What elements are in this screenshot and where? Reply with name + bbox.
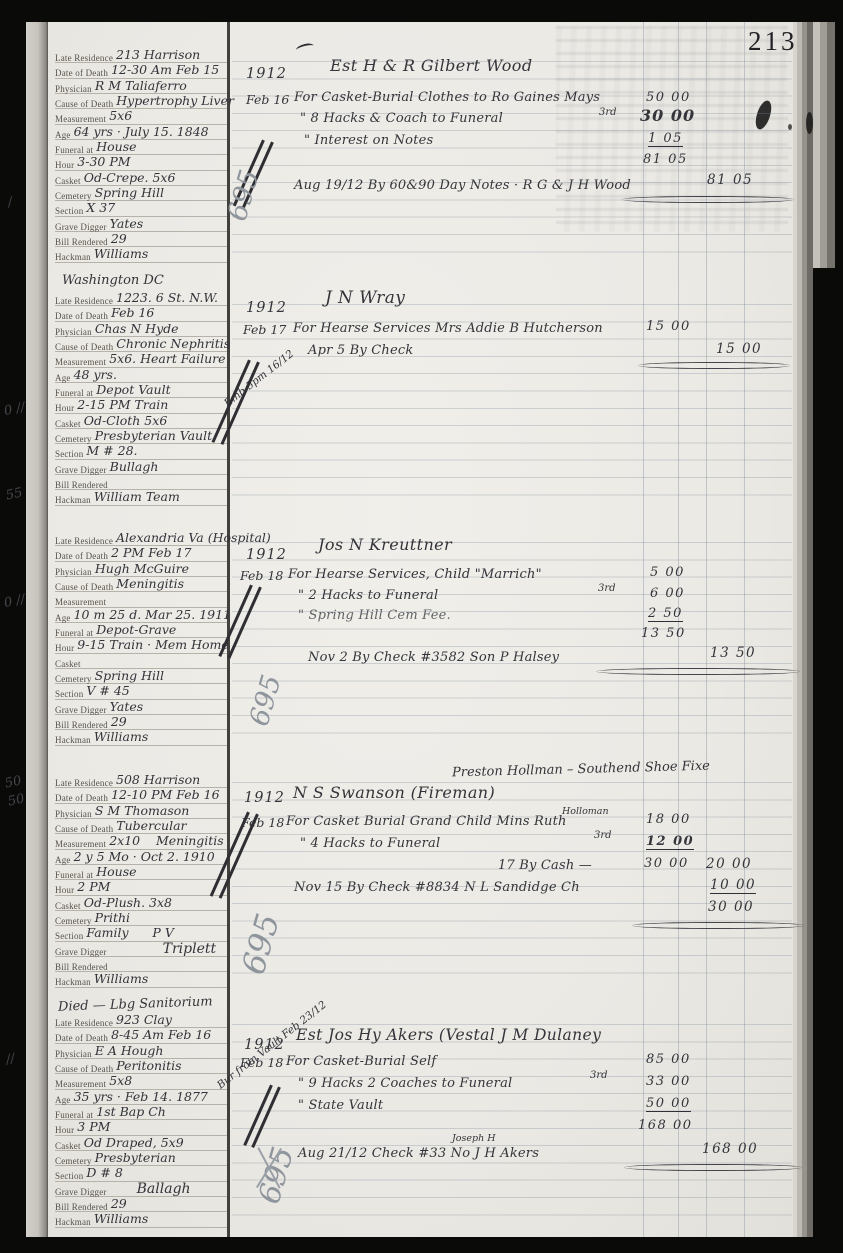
field-row: PhysicianChas N Hyde [55, 322, 227, 337]
entry-desc: For Hearse Services Mrs Addie B Hutchers… [293, 321, 603, 336]
payment-note: Joseph H [452, 1133, 496, 1144]
field-value: 10 m 25 d. Mar 25. 1911 [74, 607, 231, 622]
field-value: R M Taliaferro [95, 78, 187, 93]
field-row: Measurement5x6. Heart Failure [55, 352, 227, 367]
ink-blot [806, 112, 813, 134]
field-label: Measurement [55, 839, 106, 849]
entry-desc: " 2 Hacks to Funeral [298, 588, 438, 603]
entry-amount: 15 00 [646, 319, 691, 334]
page-edge-fragment: 50 [4, 773, 23, 791]
field-label: Measurement [55, 114, 106, 124]
entry-amount: 30 00 [644, 856, 689, 871]
field-value: 2 y 5 Mo · Oct 2. 1910 [74, 849, 215, 864]
entry-desc: " 8 Hacks & Coach to Funeral [300, 111, 503, 126]
field-row: Age64 yrs · July 15. 1848 [55, 125, 227, 140]
field-value: 5x8 [109, 1073, 132, 1088]
field-value: 12-30 Am Feb 15 [111, 62, 219, 77]
field-value: Williams [94, 246, 148, 261]
field-label: Section [55, 1171, 83, 1181]
field-row: Date of Death12-30 Am Feb 15 [55, 63, 227, 78]
page-edge-fragment: 50 [7, 791, 26, 809]
field-row: SectionM # 28. [55, 444, 227, 459]
field-row: Date of DeathFeb 16 [55, 306, 227, 321]
entry-date: Feb 18 [240, 568, 283, 583]
field-value: Bullagh [110, 459, 159, 474]
entry-date: Feb 18 [241, 815, 284, 830]
payment-line: Nov 2 By Check #3582 Son P Halsey [308, 650, 559, 665]
field-value: 508 Harrison [116, 772, 200, 787]
field-value: 1223. 6 St. N.W. [116, 290, 218, 305]
field-value: 29 [111, 231, 127, 246]
field-row: HackmanWilliams [55, 730, 227, 745]
field-label: Age [55, 855, 71, 865]
ledger-year: 1912 [244, 790, 285, 806]
field-row: Cause of DeathPeritonitis [55, 1059, 227, 1074]
field-value: D # 8 [86, 1165, 122, 1180]
field-label: Date of Death [55, 68, 108, 78]
field-label: Date of Death [55, 793, 108, 803]
field-row: Hour2-15 PM Train [55, 398, 227, 413]
payment-line: Apr 5 By Check [308, 343, 413, 358]
entry-amount: 50 00 [646, 1096, 691, 1112]
entry-amount: 2 50 [648, 606, 683, 622]
field-label: Late Residence [55, 778, 113, 788]
field-label: Date of Death [55, 551, 108, 561]
field-value: Peritonitis [116, 1058, 181, 1073]
field-row: CemeteryPresbyterian [55, 1151, 227, 1166]
field-row: PhysicianS M Thomason [55, 804, 227, 819]
field-value: Tubercular [116, 818, 186, 833]
pen-underline [622, 196, 794, 203]
field-label: Cause of Death [55, 342, 113, 352]
page-edge-fragment: 0 ∕∕ [3, 400, 27, 419]
page-edge-fragment: 0 ∕∕ [3, 592, 27, 611]
payment-line: Aug 21/12 Check #33 No J H Akers [298, 1146, 539, 1161]
field-label: Hour [55, 403, 74, 413]
field-value: X 37 [86, 200, 115, 215]
payment-line: Nov 15 By Check #8834 N L Sandidge Ch [294, 880, 580, 895]
field-row: CasketOd-Cloth 5x6 [55, 414, 227, 429]
entry-desc: " State Vault [298, 1098, 383, 1113]
field-label: Section [55, 449, 83, 459]
field-label: Age [55, 613, 71, 623]
entry-rate: 3rd [599, 107, 617, 118]
field-row: HackmanWilliams [55, 972, 227, 987]
field-value: Ballagh [137, 1181, 191, 1197]
entry-desc: For Casket-Burial Clothes to Ro Gaines M… [294, 90, 600, 105]
field-row: Grave DiggerYates [55, 700, 227, 715]
field-row: CemeterySpring Hill [55, 669, 227, 684]
field-value: Depot-Grave [96, 622, 176, 637]
field-label: Casket [55, 901, 81, 911]
field-value: Williams [94, 971, 148, 986]
field-value: 12-10 PM Feb 16 [111, 787, 219, 802]
field-value: 1st Bap Ch [96, 1104, 166, 1119]
field-value: 2-15 PM Train [77, 397, 168, 412]
paid-amount: 20 00 [706, 856, 752, 872]
page-edge-fragment: ∕ [6, 195, 13, 211]
field-row: PhysicianHugh McGuire [55, 562, 227, 577]
field-row: Age48 yrs. [55, 368, 227, 383]
field-row: Age10 m 25 d. Mar 25. 1911 [55, 608, 227, 623]
entry-amount: 50 00 [646, 90, 691, 105]
paid-amount: 81 05 [707, 172, 753, 188]
field-label: Grave Digger [55, 1187, 107, 1197]
field-row: Grave DiggerYates [55, 217, 227, 232]
field-label: Hackman [55, 495, 91, 505]
paid-amount: 10 00 [710, 877, 756, 894]
account-name: N S Swanson (Fireman) [293, 783, 495, 802]
page-edge-stack [820, 22, 827, 268]
field-value: Hugh McGuire [95, 561, 189, 576]
field-label: Hackman [55, 1217, 91, 1227]
field-value: S M Thomason [95, 803, 190, 818]
field-label: Cause of Death [55, 582, 113, 592]
account-name: Jos N Kreuttner [318, 535, 452, 554]
total-amount: 81 05 [643, 152, 688, 167]
field-label: Age [55, 1095, 71, 1105]
field-value: 48 yrs. [74, 367, 117, 382]
field-row: Measurement [55, 592, 227, 607]
entry-amount: 6 00 [650, 586, 685, 601]
field-value: M # 28. [86, 443, 137, 458]
field-value: V # 45 [86, 683, 129, 698]
page-edge-stack [827, 22, 835, 268]
field-value: Depot Vault [96, 382, 170, 397]
field-row: CemeteryPresbyterian Vault [55, 429, 227, 444]
field-value: Yates [110, 216, 144, 231]
entry-desc: For Casket-Burial Self [286, 1054, 436, 1069]
field-value: Hypertrophy Liver [116, 93, 234, 108]
field-label: Hour [55, 885, 74, 895]
account-name: Est H & R Gilbert Wood [330, 56, 532, 75]
record-fields: Late Residence508 Harrison Date of Death… [55, 773, 227, 988]
field-value: E A Hough [95, 1043, 164, 1058]
page-edge-stack [813, 22, 820, 268]
field-value: House [96, 864, 136, 879]
field-row: Hour2 PM [55, 880, 227, 895]
field-row: Hour9-15 Train · Mem Home [55, 638, 227, 653]
field-value: 2 PM Feb 17 [111, 545, 191, 560]
field-label: Physician [55, 327, 92, 337]
field-value: Presbyterian [95, 1150, 176, 1165]
entry-amount: 85 00 [646, 1052, 691, 1067]
field-value: Prithi [95, 910, 130, 925]
entry-desc: " 9 Hacks 2 Coaches to Funeral [298, 1076, 512, 1091]
field-row: Measurement2x10 Meningitis [55, 834, 227, 849]
field-row: Grave DiggerBullagh [55, 460, 227, 475]
field-value: 3 PM [77, 1119, 110, 1134]
field-row: Cause of DeathHypertrophy Liver [55, 94, 227, 109]
entry-amount: 1 05 [648, 131, 683, 147]
field-row: Casket [55, 654, 227, 669]
field-label: Section [55, 206, 83, 216]
field-value: Od-Crepe. 5x6 [84, 170, 176, 185]
field-value: Od-Plush. 3x8 [84, 895, 172, 910]
field-label: Section [55, 689, 83, 699]
entry-amount: 18 00 [646, 812, 691, 827]
field-value: Yates [110, 699, 144, 714]
field-label: Section [55, 931, 83, 941]
field-row: Grave DiggerTriplett [55, 942, 227, 957]
field-label: Measurement [55, 1079, 106, 1089]
entry-desc: 17 By Cash — [498, 858, 592, 873]
field-label: Late Residence [55, 1018, 113, 1028]
field-row: PhysicianR M Taliaferro [55, 79, 227, 94]
field-label: Age [55, 130, 71, 140]
field-label: Date of Death [55, 1033, 108, 1043]
field-row: Hour3 PM [55, 1120, 227, 1135]
payment-line: Aug 19/12 By 60&90 Day Notes · R G & J H… [294, 178, 631, 193]
field-label: Hour [55, 643, 74, 653]
entry-amount: 5 00 [650, 565, 685, 580]
page-edge-fragment: 55 [5, 485, 24, 503]
field-row: SectionX 37 [55, 201, 227, 216]
field-label: Hackman [55, 252, 91, 262]
record-fields: Late ResidenceAlexandria Va (Hospital) D… [55, 531, 227, 746]
account-name: Est Jos Hy Akers (Vestal J M Dulaney [296, 1026, 601, 1044]
field-row: Date of Death12-10 PM Feb 16 [55, 788, 227, 803]
entry-rate: 3rd [594, 830, 612, 841]
entry-superscript: Holloman [562, 806, 609, 817]
field-label: Casket [55, 1141, 81, 1151]
field-value: Spring Hill [95, 185, 164, 200]
field-value: Meningitis [116, 576, 184, 591]
field-label: Date of Death [55, 311, 108, 321]
field-value: 213 Harrison [116, 47, 200, 62]
total-amount: 30 00 [708, 899, 754, 915]
field-row: CemeterySpring Hill [55, 186, 227, 201]
field-value: 64 yrs · July 15. 1848 [74, 124, 209, 139]
field-row: Grave DiggerBallagh [55, 1182, 227, 1197]
pen-underline [638, 362, 790, 369]
entry-rate: 3rd [590, 1070, 608, 1081]
field-label: Grave Digger [55, 222, 107, 232]
entry-desc: " Interest on Notes [304, 133, 433, 148]
paid-amount: 13 50 [710, 645, 756, 661]
record-fields: Late Residence923 Clay Date of Death8-45… [55, 1013, 227, 1228]
entry-desc: " Spring Hill Cem Fee. [298, 608, 451, 623]
field-row: Age35 yrs · Feb 14. 1877 [55, 1090, 227, 1105]
field-value: Spring Hill [95, 668, 164, 683]
entry-date: Feb 17 [243, 322, 286, 337]
field-row: Measurement5x6 [55, 109, 227, 124]
field-value: 5x6. Heart Failure [109, 351, 225, 366]
field-row: Hour3-30 PM [55, 155, 227, 170]
field-row: Cause of DeathMeningitis [55, 577, 227, 592]
pen-underline [632, 922, 804, 929]
field-value: Williams [94, 729, 148, 744]
field-row: HackmanWilliams [55, 1212, 227, 1227]
page-edge-fragment: ∕∕ [5, 1051, 17, 1067]
field-label: Physician [55, 84, 92, 94]
field-label: Hackman [55, 977, 91, 987]
field-label: Physician [55, 809, 92, 819]
entry-amount: 33 00 [646, 1074, 691, 1089]
total-amount: 13 50 [641, 626, 686, 641]
field-row: Date of Death8-45 Am Feb 16 [55, 1028, 227, 1043]
field-label: Late Residence [55, 296, 113, 306]
field-value: 2 PM [77, 879, 110, 894]
page-number: 213 [748, 26, 798, 57]
field-value: 5x6 [109, 108, 132, 123]
paid-amount: 168 00 [702, 1141, 758, 1157]
record-fields: Late Residence1223. 6 St. N.W. Date of D… [55, 291, 227, 506]
entry-desc: " 4 Hacks to Funeral [300, 836, 440, 851]
field-label: Hour [55, 160, 74, 170]
field-label: Grave Digger [55, 465, 107, 475]
field-value: Williams [94, 1211, 148, 1226]
entry-rate: 3rd [598, 583, 616, 594]
field-row: PhysicianE A Hough [55, 1044, 227, 1059]
field-row: SectionD # 8 [55, 1166, 227, 1181]
field-value: 35 yrs · Feb 14. 1877 [74, 1089, 208, 1104]
field-row: CasketOd Draped, 5x9 [55, 1136, 227, 1151]
field-label: Cause of Death [55, 1064, 113, 1074]
field-value: Family P V [86, 925, 173, 940]
field-value: Triplett [163, 941, 216, 957]
entry-date: Feb 16 [246, 92, 289, 107]
pen-underline [624, 1164, 802, 1171]
ledger-year: 1912 [246, 547, 287, 563]
field-label: Hackman [55, 735, 91, 745]
field-row: Date of Death2 PM Feb 17 [55, 546, 227, 561]
field-row: HackmanWilliam Team [55, 490, 227, 505]
field-label: Physician [55, 1049, 92, 1059]
ledger-year: 1912 [246, 66, 287, 82]
field-label: Cause of Death [55, 824, 113, 834]
field-value: 29 [111, 1196, 127, 1211]
entry-amount: 12 00 [646, 834, 694, 850]
field-row: SectionV # 45 [55, 684, 227, 699]
field-label: Cause of Death [55, 99, 113, 109]
top-note: Washington DC [62, 273, 164, 288]
field-label: Casket [55, 419, 81, 429]
field-label: Physician [55, 567, 92, 577]
left-page-edge [26, 22, 48, 1237]
field-value: House [96, 139, 136, 154]
field-value: William Team [94, 489, 180, 504]
field-label: Hour [55, 1125, 74, 1135]
field-value: Presbyterian Vault [95, 428, 213, 443]
field-value: 9-15 Train · Mem Home [77, 637, 229, 652]
field-label: Grave Digger [55, 705, 107, 715]
field-value: Chronic Nephritis [116, 336, 230, 351]
field-value: 2x10 Meningitis [109, 833, 224, 848]
field-value: 29 [111, 714, 127, 729]
field-label: Casket [55, 176, 81, 186]
field-value: 3-30 PM [77, 154, 130, 169]
field-value: Chas N Hyde [95, 321, 179, 336]
field-value: Od-Cloth 5x6 [84, 413, 168, 428]
field-label: Grave Digger [55, 947, 107, 957]
field-label: Casket [55, 659, 81, 669]
field-value: Alexandria Va (Hospital) [116, 530, 271, 545]
entry-desc: For Casket Burial Grand Child Mins Ruth [286, 814, 567, 829]
field-label: Measurement [55, 357, 106, 367]
field-label: Late Residence [55, 536, 113, 546]
field-row: CasketOd-Crepe. 5x6 [55, 171, 227, 186]
account-name: J N Wray [325, 288, 405, 308]
field-row: SectionFamily P V [55, 926, 227, 941]
field-value: 923 Clay [116, 1012, 172, 1027]
record-fields: Late Residence213 Harrison Date of Death… [55, 48, 227, 263]
field-value: Od Draped, 5x9 [84, 1135, 184, 1150]
total-amount: 168 00 [638, 1118, 693, 1133]
entry-amount: 30 00 [640, 106, 695, 125]
ledger-year: 1912 [246, 300, 287, 316]
entry-desc: For Hearse Services, Child "Marrich" [288, 567, 542, 582]
field-label: Age [55, 373, 71, 383]
field-row: Age2 y 5 Mo · Oct 2. 1910 [55, 850, 227, 865]
pen-underline [596, 668, 800, 675]
field-label: Late Residence [55, 53, 113, 63]
field-row: Measurement5x8 [55, 1074, 227, 1089]
field-label: Measurement [55, 597, 106, 607]
field-value: 8-45 Am Feb 16 [111, 1027, 211, 1042]
field-row: CasketOd-Plush. 3x8 [55, 896, 227, 911]
field-value: Feb 16 [111, 305, 154, 320]
paid-amount: 15 00 [716, 341, 762, 357]
field-row: HackmanWilliams [55, 247, 227, 262]
